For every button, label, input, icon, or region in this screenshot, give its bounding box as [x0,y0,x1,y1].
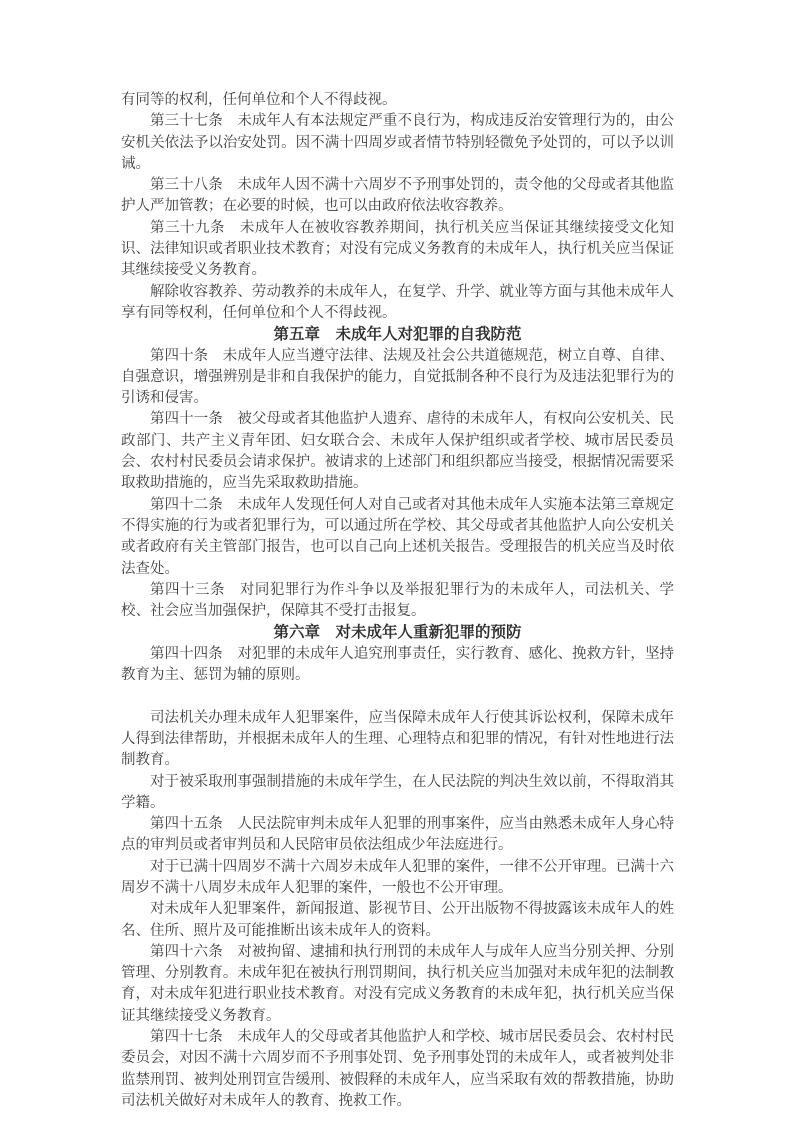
chapter-5-heading: 第五章 未成年人对犯罪的自我防范 [121,324,674,345]
article-41: 第四十一条 被父母或者其他监护人遗弃、虐待的未成年人，有权向公安机关、民政部门、… [121,409,674,494]
article-39: 第三十九条 未成年人在被收容教养期间，执行机关应当保证其继续接受文化知识、法律知… [121,218,674,282]
paragraph: 解除收容教养、劳动教养的未成年人，在复学、升学、就业等方面与其他未成年人享有同等… [121,282,674,325]
document-page: 有同等的权利，任何单位和个人不得歧视。 第三十七条 未成年人有本法规定严重不良行… [0,0,793,1122]
article-40: 第四十条 未成年人应当遵守法律、法规及社会公共道德规范，树立自尊、自律、自强意识… [121,346,674,410]
paragraph: 对于被采取刑事强制措施的未成年学生，在人民法院的判决生效以前，不得取消其学籍。 [121,772,674,815]
paragraph-continuation: 有同等的权利，任何单位和个人不得歧视。 [121,90,674,111]
paragraph: 司法机关办理未成年人犯罪案件，应当保障未成年人行使其诉讼权利，保障未成年人得到法… [121,708,674,772]
paragraph: 对未成年人犯罪案件，新闻报道、影视节目、公开出版物不得披露该未成年人的姓名、住所… [121,899,674,942]
blank-line [121,686,674,707]
article-43: 第四十三条 对同犯罪行为作斗争以及举报犯罪行为的未成年人，司法机关、学校、社会应… [121,580,674,623]
paragraph: 对于已满十四周岁不满十六周岁未成年人犯罪的案件，一律不公开审理。已满十六周岁不满… [121,857,674,900]
article-38: 第三十八条 未成年人因不满十六周岁不予刑事处罚的，责令他的父母或者其他监护人严加… [121,175,674,218]
article-37: 第三十七条 未成年人有本法规定严重不良行为，构成违反治安管理行为的，由公安机关依… [121,111,674,175]
article-47: 第四十七条 未成年人的父母或者其他监护人和学校、城市居民委员会、农村村民委员会，… [121,1027,674,1112]
article-46: 第四十六条 对被拘留、逮捕和执行刑罚的未成年人与成年人应当分别关押、分别管理、分… [121,942,674,1027]
chapter-6-heading: 第六章 对未成年人重新犯罪的预防 [121,622,674,643]
article-42: 第四十二条 未成年人发现任何人对自己或者对其他未成年人实施本法第三章规定不得实施… [121,495,674,580]
article-45: 第四十五条 人民法院审判未成年人犯罪的刑事案件，应当由熟悉未成年人身心特点的审判… [121,814,674,857]
article-44: 第四十四条 对犯罪的未成年人追究刑事责任，实行教育、感化、挽救方针，坚持教育为主… [121,644,674,687]
